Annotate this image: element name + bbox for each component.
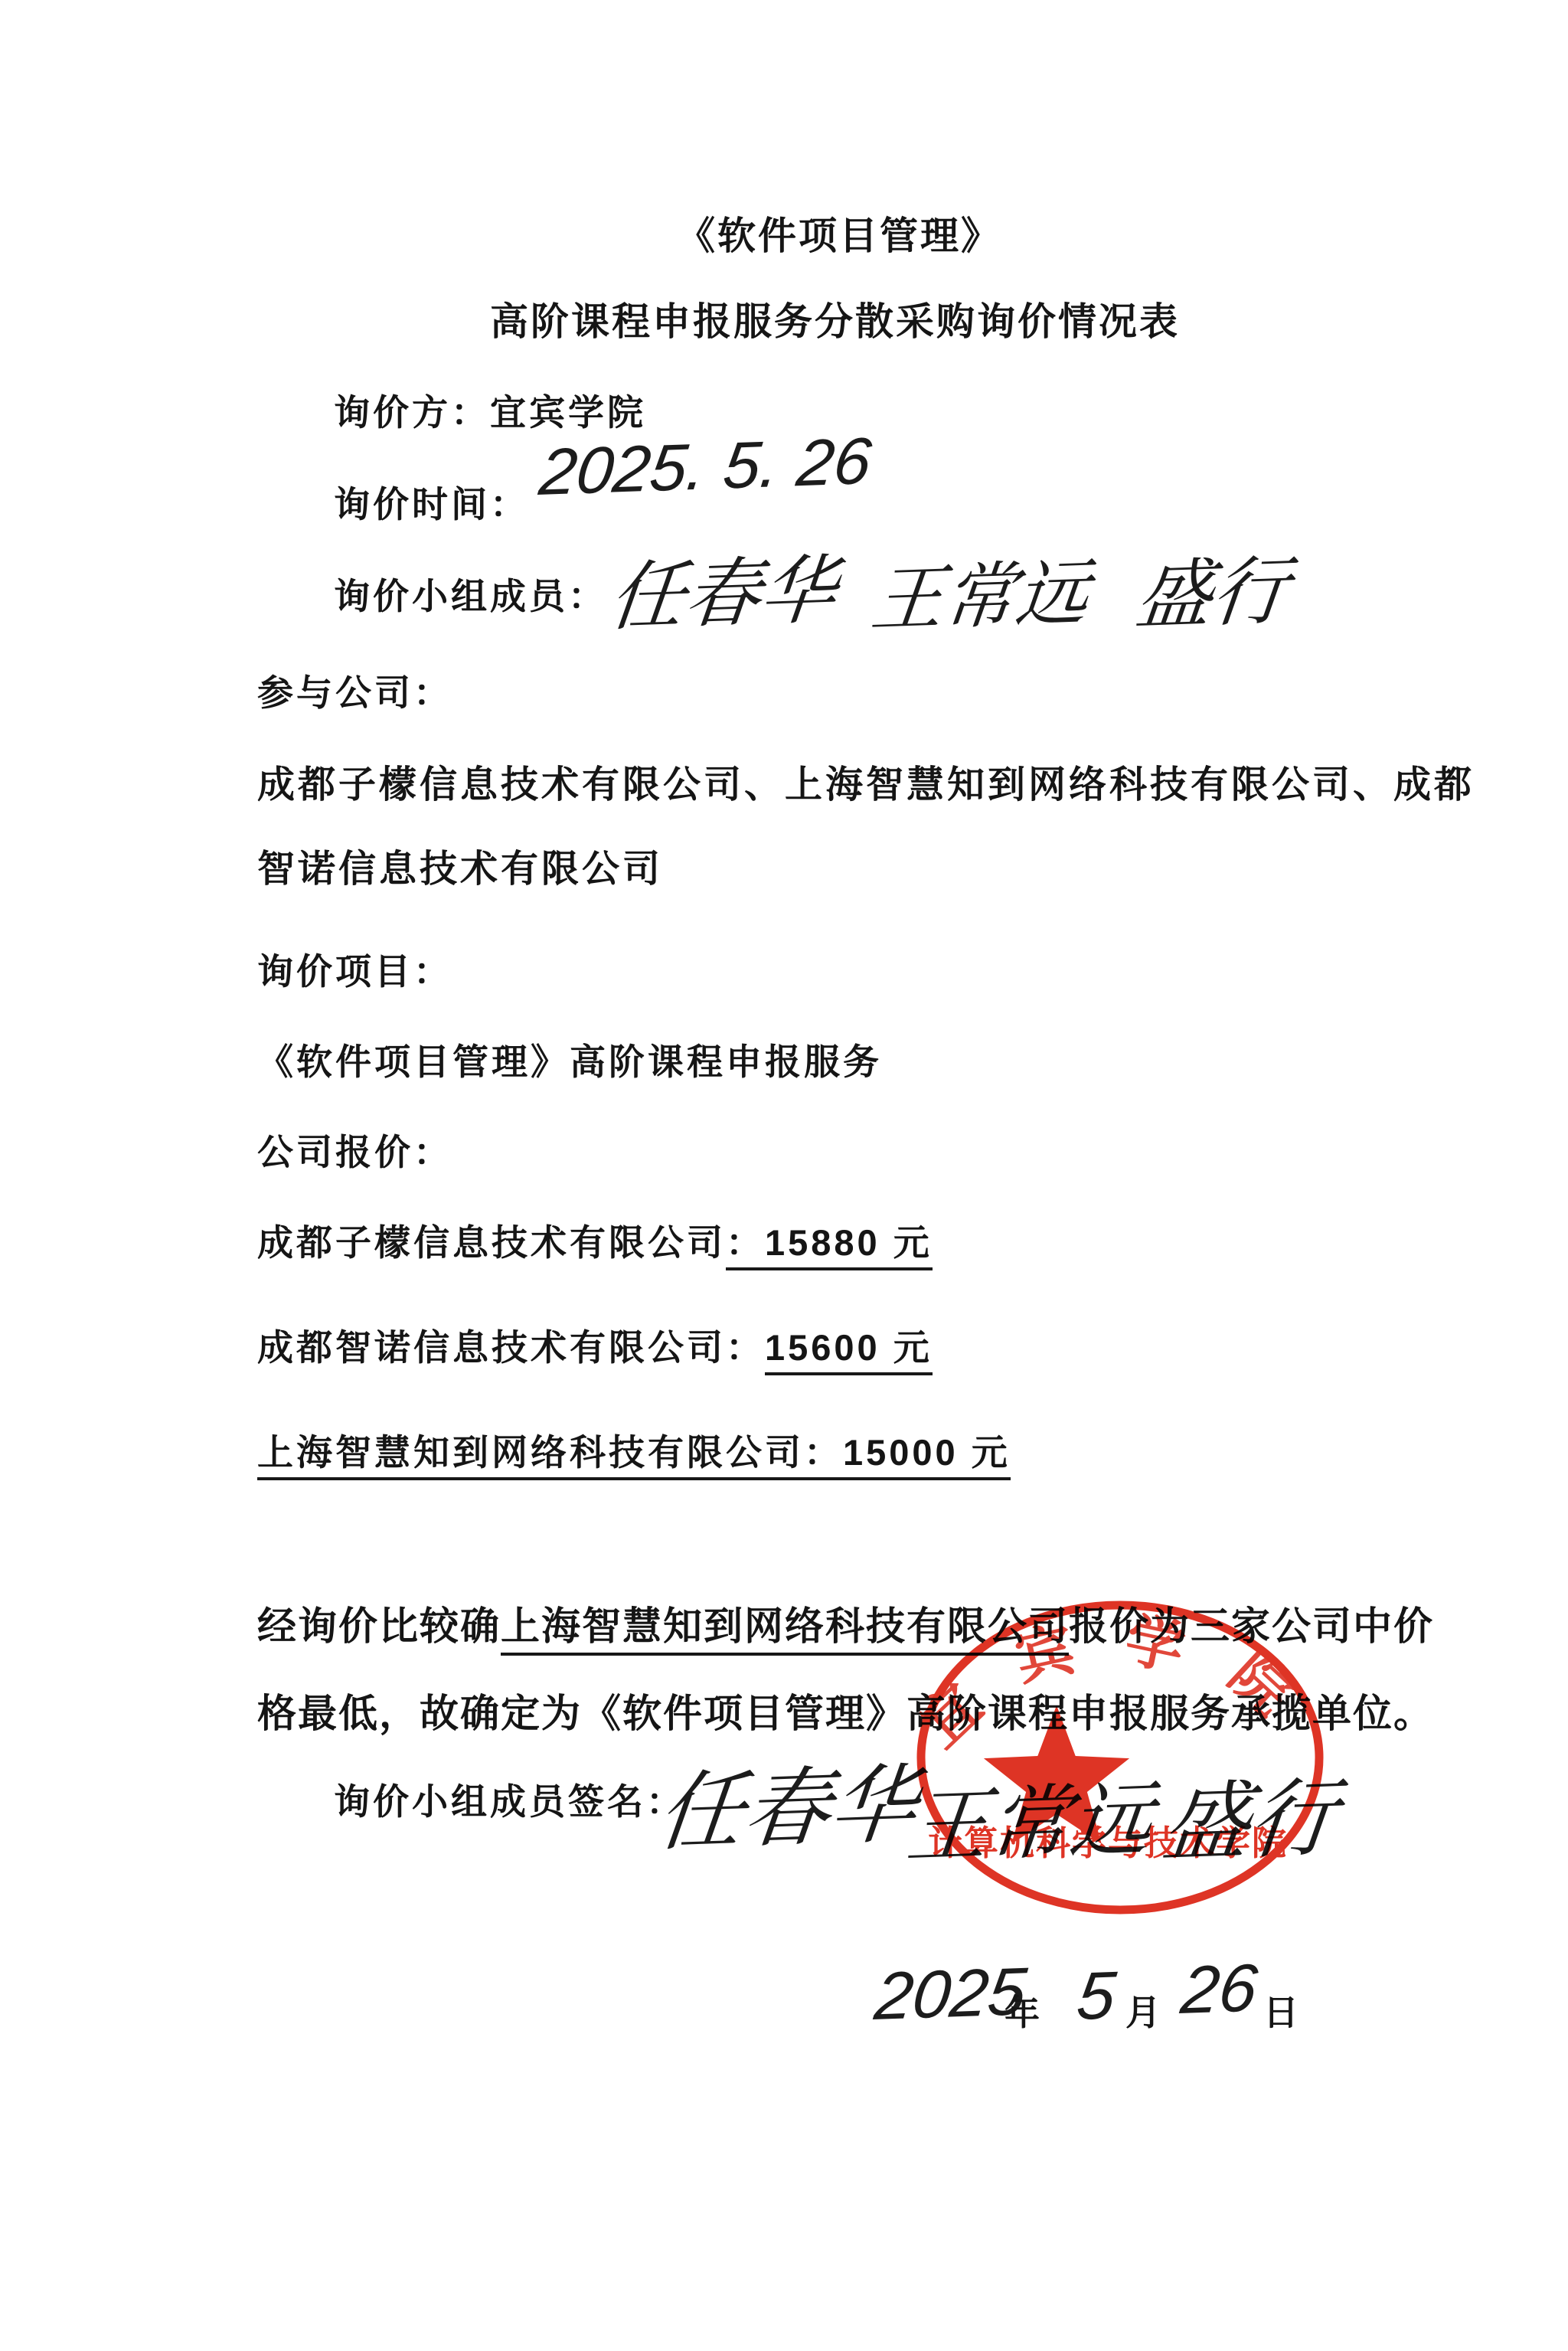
date-year-label: 年 [1004, 1985, 1043, 2035]
date-day-label: 日 [1263, 1985, 1302, 2035]
doc-title-line1: 《软件项目管理》 [677, 205, 1001, 260]
inquiry-party-line: 询价方：宜宾学院 [334, 384, 646, 436]
inquiry-time-label: 询价时间： [334, 476, 529, 528]
quotes-label: 公司报价： [257, 1124, 452, 1175]
participants-line1: 成都子檬信息技术有限公司、上海智慧知到网络科技有限公司、成都 [257, 755, 1475, 809]
quote-1-price: ：15880 元 [726, 1222, 933, 1270]
team-signature-1: 任春华 [605, 530, 842, 646]
svg-text:宜宾学院: 宜宾学院 [907, 1607, 1336, 1760]
seal-arc-text: 宜宾学院 [907, 1607, 1336, 1760]
date-day-handwritten: 26 [1178, 1949, 1261, 2029]
final-signature-1: 任春华 [652, 1735, 923, 1868]
team-signature-3: 盛行 [1132, 531, 1294, 644]
final-signature-2: 王常远 [902, 1754, 1158, 1879]
participants-label: 参与公司： [257, 665, 452, 716]
scanned-document-page: 《软件项目管理》 高阶课程申报服务分散采购询价情况表 询价方：宜宾学院 询价时间… [0, 0, 1568, 2351]
inquiry-party-label: 询价方： [334, 392, 490, 433]
inquiry-team-label: 询价小组成员： [334, 568, 607, 620]
inquiry-time-handwritten: 2025. 5. 26 [536, 423, 875, 511]
team-signature-2: 王常远 [867, 535, 1094, 646]
participants-line2: 智诺信息技术有限公司 [257, 839, 663, 893]
conclusion-pre: 经询价比较确 [257, 1604, 501, 1648]
date-month-label: 月 [1125, 1985, 1164, 2035]
quote-line-2: 成都智诺信息技术有限公司：15600 元 [257, 1319, 933, 1371]
quote-3-price: 上海智慧知到网络科技有限公司：15000 元 [257, 1432, 1011, 1480]
quote-line-3: 上海智慧知到网络科技有限公司：15000 元 [257, 1424, 1011, 1476]
inquiry-item-label: 询价项目： [257, 943, 452, 995]
inquiry-party-value: 宜宾学院 [490, 392, 646, 433]
inquiry-item-value: 《软件项目管理》高阶课程申报服务 [257, 1034, 882, 1085]
quote-2-price: 15600 元 [765, 1327, 933, 1375]
doc-title-line2: 高阶课程申报服务分散采购询价情况表 [490, 291, 1180, 346]
quote-line-1: 成都子檬信息技术有限公司：15880 元 [257, 1215, 933, 1266]
quote-1-company: 成都子檬信息技术有限公司 [257, 1222, 726, 1263]
date-month-handwritten: 5 [1073, 1956, 1119, 2035]
quote-2-company: 成都智诺信息技术有限公司： [257, 1327, 765, 1368]
signing-label: 询价小组成员签名： [334, 1774, 685, 1825]
final-signature-3: 盛行 [1158, 1749, 1343, 1879]
